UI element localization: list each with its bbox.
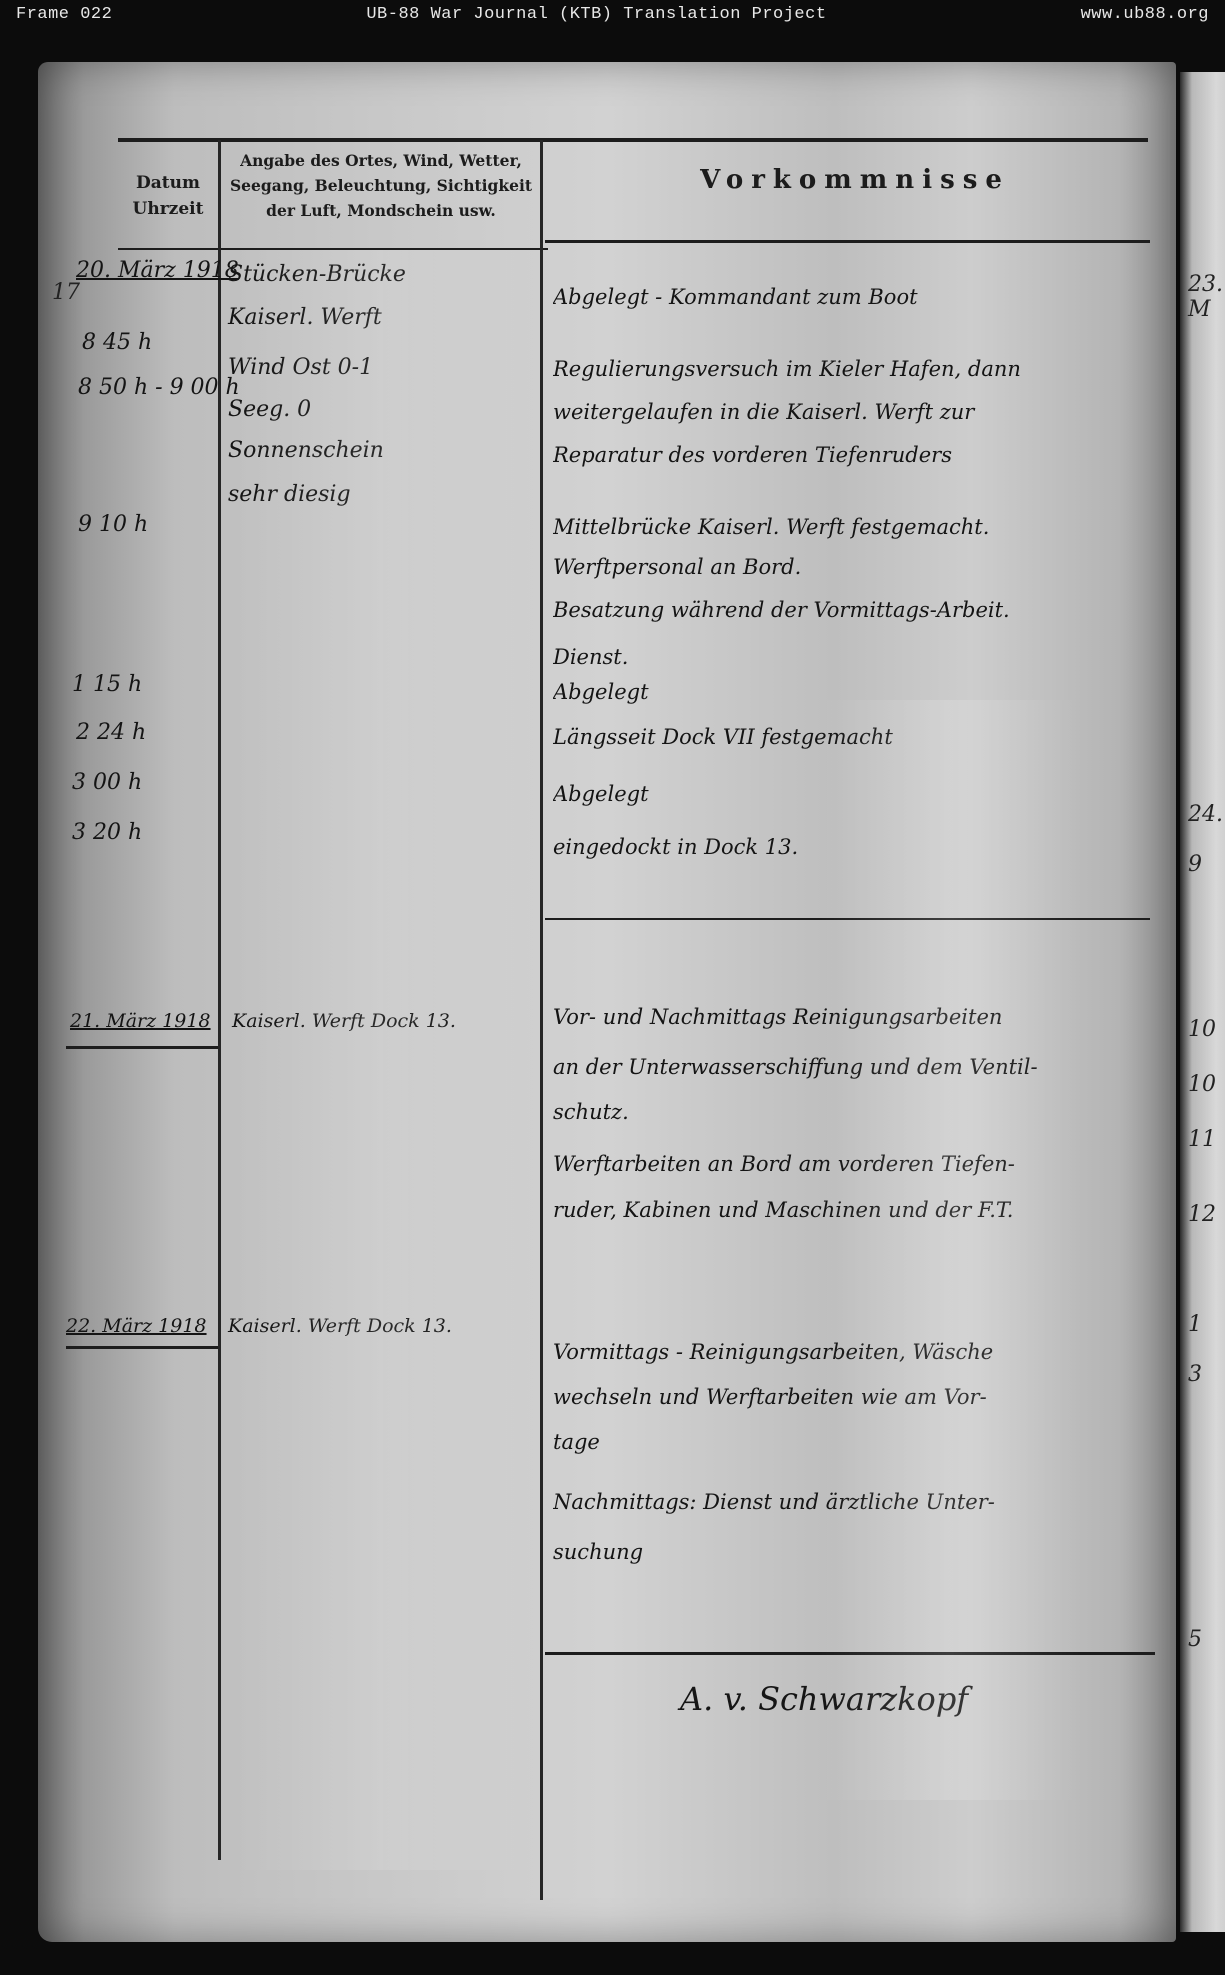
- event-line: Abgelegt: [553, 680, 1163, 704]
- facing-fragment: 11: [1188, 1127, 1216, 1152]
- events-column-header: Vorkommnisse: [545, 165, 1165, 195]
- header-datum: Datum: [118, 170, 218, 196]
- header-top-rule: [118, 138, 1148, 142]
- event-line: schutz.: [553, 1100, 1163, 1124]
- day-end-rule: [545, 1652, 1155, 1655]
- date-underline: [66, 1046, 218, 1049]
- place-line: Seeg. 0: [228, 397, 311, 422]
- facing-fragment: 1: [1188, 1312, 1202, 1337]
- entry-time: 3 20 h: [72, 820, 142, 845]
- entry-end-rule: [545, 918, 1150, 920]
- place-line: Kaiserl. Werft: [228, 305, 382, 330]
- event-line: Vor- und Nachmittags Reinigungsarbeiten: [553, 1005, 1163, 1029]
- event-line: Regulierungsversuch im Kieler Hafen, dan…: [553, 357, 1163, 381]
- place-line: Stücken-Brücke: [228, 262, 406, 287]
- project-title: UB-88 War Journal (KTB) Translation Proj…: [366, 5, 826, 24]
- place-line: Kaiserl. Werft Dock 13.: [232, 1010, 456, 1032]
- event-line: wechseln und Werftarbeiten wie am Vor-: [553, 1385, 1163, 1409]
- facing-fragment: 5: [1188, 1627, 1202, 1652]
- event-line: Besatzung während der Vormittags-Arbeit.: [553, 598, 1163, 622]
- event-line: ruder, Kabinen und Maschinen und der F.T…: [553, 1198, 1163, 1222]
- facing-fragment: 12: [1188, 1202, 1216, 1227]
- entry-time: 9 10 h: [78, 512, 148, 537]
- header-bottom-rule-left: [118, 248, 548, 250]
- place-line: sehr diesig: [228, 482, 351, 507]
- place-line: Wind Ost 0-1: [228, 355, 373, 380]
- event-line: Abgelegt: [553, 782, 1163, 806]
- event-line: an der Unterwasserschiffung und dem Vent…: [553, 1055, 1163, 1079]
- header-place-line: Seegang, Beleuchtung, Sichtigkeit: [222, 173, 540, 198]
- header-place-line: der Luft, Mondschein usw.: [222, 198, 540, 223]
- place-line: Kaiserl. Werft Dock 13.: [228, 1315, 452, 1337]
- facing-fragment: 10: [1188, 1017, 1216, 1042]
- event-line: Abgelegt - Kommandant zum Boot: [553, 285, 1163, 309]
- entry-time: 8 50 h - 9 00 h: [78, 375, 240, 400]
- signature: A. v. Schwarzkopf: [680, 1680, 968, 1718]
- column-divider-place: [540, 140, 543, 1900]
- entry-date: 21. März 1918: [70, 1010, 211, 1032]
- frame-label: Frame 022: [16, 5, 112, 24]
- event-line: eingedockt in Dock 13.: [553, 835, 1163, 859]
- event-line: Werftpersonal an Bord.: [553, 555, 1163, 579]
- event-line: Dienst.: [553, 645, 1163, 669]
- facing-fragment: 24.: [1188, 802, 1223, 827]
- entry-time: 8 45 h: [82, 330, 152, 355]
- entry-time: 3 00 h: [72, 770, 142, 795]
- event-line: Längsseit Dock VII festgemacht: [553, 725, 1163, 749]
- entry-time: 2 24 h: [76, 720, 146, 745]
- event-line: tage: [553, 1430, 1163, 1454]
- facing-fragment: 23. M: [1188, 272, 1225, 322]
- facing-fragment: 10: [1188, 1072, 1216, 1097]
- event-line: Vormittags - Reinigungsarbeiten, Wäsche: [553, 1340, 1163, 1364]
- header-bottom-rule-right: [545, 240, 1150, 243]
- entry-date: 20. März 1918: [76, 258, 239, 283]
- margin-mark: 17: [52, 280, 80, 305]
- header-uhrzeit: Uhrzeit: [118, 196, 218, 222]
- event-line: suchung: [553, 1540, 1163, 1564]
- header-place-line: Angabe des Ortes, Wind, Wetter,: [222, 148, 540, 173]
- facing-page-edge: 23. M 24. 9 10 10 11 12 1 3 5: [1180, 72, 1225, 1932]
- date-underline: [66, 1346, 218, 1349]
- event-line: Mittelbrücke Kaiserl. Werft festgemacht.: [553, 515, 1163, 539]
- journal-page: [38, 62, 1176, 1942]
- place-column-header: Angabe des Ortes, Wind, Wetter, Seegang,…: [222, 148, 540, 223]
- event-line: Werftarbeiten an Bord am vorderen Tiefen…: [553, 1152, 1163, 1176]
- entry-date: 22. März 1918: [66, 1315, 207, 1337]
- event-line: Reparatur des vorderen Tiefenruders: [553, 443, 1163, 467]
- facing-fragment: 9: [1188, 852, 1202, 877]
- event-line: weitergelaufen in die Kaiserl. Werft zur: [553, 400, 1163, 424]
- place-line: Sonnenschein: [228, 438, 384, 463]
- date-column-header: Datum Uhrzeit: [118, 170, 218, 222]
- entry-time: 1 15 h: [72, 672, 142, 697]
- event-line: Nachmittags: Dienst und ärztliche Unter-: [553, 1490, 1163, 1514]
- project-url[interactable]: www.ub88.org: [1081, 5, 1209, 24]
- frame-banner: Frame 022 UB-88 War Journal (KTB) Transl…: [0, 0, 1225, 28]
- facing-fragment: 3: [1188, 1362, 1202, 1387]
